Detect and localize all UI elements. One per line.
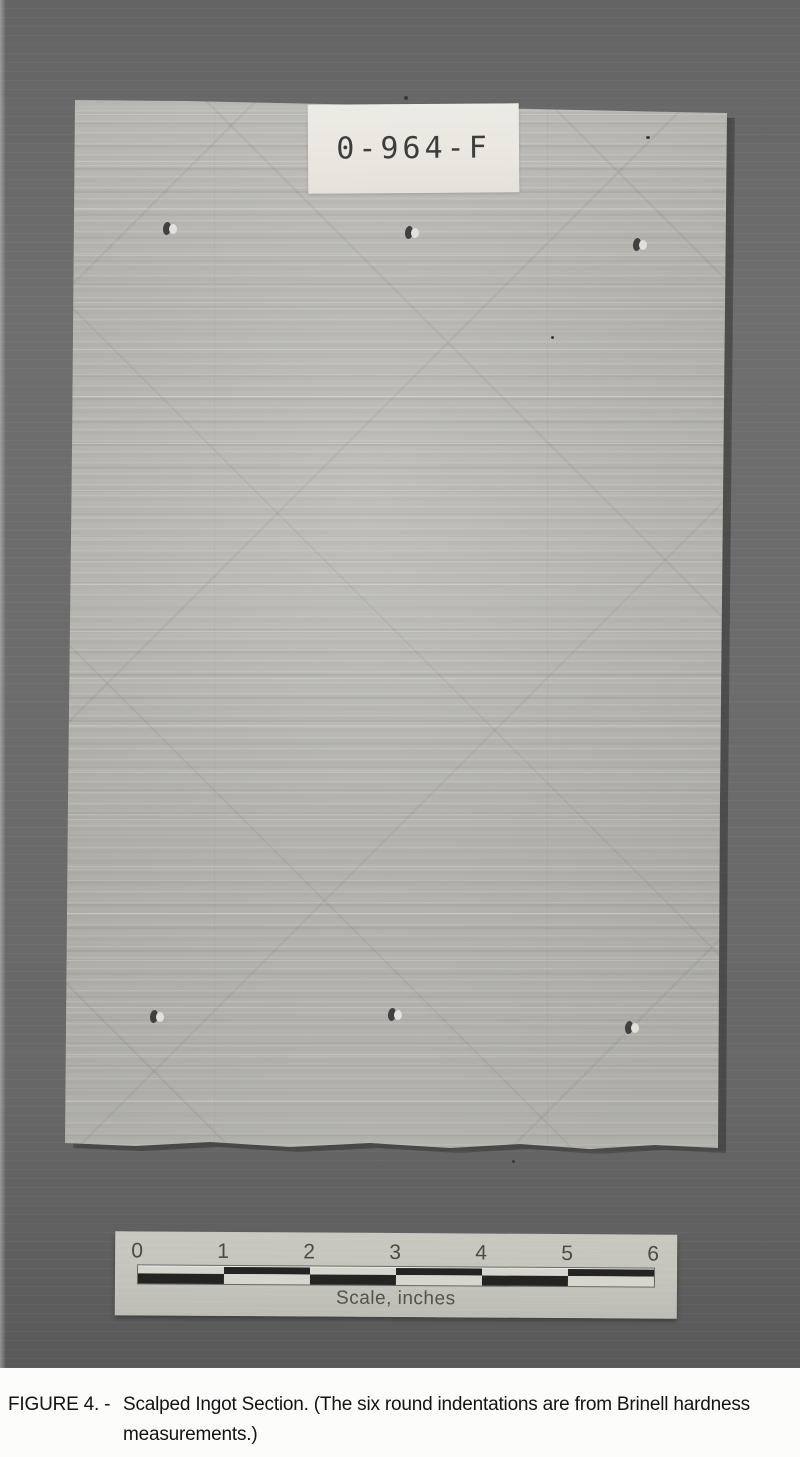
ruler-unit-label: Scale, inches <box>115 1286 677 1311</box>
ruler-tick-5: 5 <box>555 1242 579 1266</box>
surface-speck <box>404 96 408 100</box>
ruler-tick-3: 3 <box>383 1241 407 1265</box>
ruler-tick-6: 6 <box>641 1242 665 1266</box>
brinell-indentation-bottom-left <box>148 1008 166 1026</box>
ruler-tick-0: 0 <box>125 1239 149 1263</box>
brinell-indentation-top-center <box>403 224 421 242</box>
surface-speck <box>646 136 650 139</box>
ruler-checker-bar <box>138 1265 654 1286</box>
surface-speck <box>512 1160 515 1163</box>
brinell-indentation-top-right <box>631 236 649 254</box>
figure-photograph: 0-964-F 0 1 2 3 4 5 6 <box>0 0 800 1368</box>
specimen-id-label: 0-964-F <box>308 103 520 193</box>
caption-text: Scalped Ingot Section. (The six round in… <box>123 1390 800 1450</box>
scalped-ingot-section <box>65 99 728 1149</box>
ruler-tick-4: 4 <box>469 1241 493 1265</box>
figure-caption: FIGURE 4. - Scalped Ingot Section. (The … <box>0 1368 800 1457</box>
ruler-tick-2: 2 <box>297 1240 321 1264</box>
brinell-indentation-bottom-center <box>386 1006 404 1024</box>
brinell-indentation-bottom-right <box>623 1019 641 1037</box>
surface-speck <box>551 336 554 339</box>
scale-ruler: 0 1 2 3 4 5 6 Scale, inc <box>115 1231 678 1318</box>
specimen-id-text: 0-964-F <box>336 130 491 166</box>
ruler-bar-bottom-row <box>138 1273 654 1286</box>
caption-line-2: measurements.) <box>123 1424 257 1445</box>
caption-line-1: Scalped Ingot Section. (The six round in… <box>123 1394 750 1415</box>
figure-number: FIGURE 4. - <box>8 1390 123 1450</box>
ruler-tick-1: 1 <box>211 1240 235 1264</box>
brinell-indentation-top-left <box>161 220 179 238</box>
